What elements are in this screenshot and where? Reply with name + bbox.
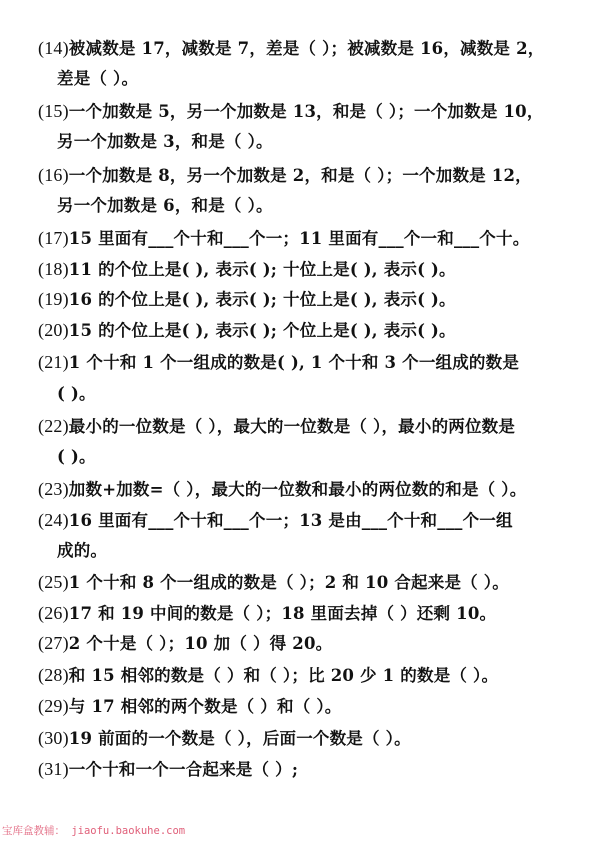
question-line: (17)15 里面有___个十和___个一；11 里面有___个一和___个十。 — [38, 228, 529, 249]
question-number: (18) — [38, 259, 69, 279]
worksheet-page: (14)被减数是 17，减数是 7，差是（ ）；被减数是 16，减数是 2，差是… — [0, 0, 596, 842]
question-continuation: 成的。 — [57, 541, 107, 561]
question-number: (16) — [38, 165, 69, 185]
question-number: (24) — [38, 510, 69, 530]
question-text: 17 和 19 中间的数是（ ）；18 里面去掉（ ）还剩 10。 — [69, 604, 496, 623]
question-number: (31) — [38, 759, 69, 779]
question-number: (27) — [38, 633, 69, 653]
question-line: (26)17 和 19 中间的数是（ ）；18 里面去掉（ ）还剩 10。 — [38, 603, 496, 624]
question-text: 19 前面的一个数是（ ），后面一个数是（ ）。 — [69, 729, 411, 748]
question-line: (14)被减数是 17，减数是 7，差是（ ）；被减数是 16，减数是 2， — [38, 38, 544, 59]
question-line: (31)一个十和一个一合起来是（ ）; — [38, 759, 298, 780]
question-text: ( )。 — [57, 447, 96, 466]
question-text: 2 个十是（ ）；10 加（ ）得 20。 — [69, 634, 333, 653]
question-number: (22) — [38, 416, 69, 436]
question-text: 被减数是 17，减数是 7，差是（ ）；被减数是 16，减数是 2， — [69, 39, 545, 58]
question-number: (29) — [38, 696, 69, 716]
question-line: (19)16 的个位上是( ), 表示( ); 十位上是( ), 表示( )。 — [38, 289, 456, 310]
question-number: (25) — [38, 572, 69, 592]
watermark: 宝库盒教辅： jiaofu.baokuhe.com — [2, 823, 185, 838]
question-text: 另一个加数是 6，和是（ ）。 — [57, 196, 273, 215]
question-continuation: ( )。 — [57, 447, 96, 467]
question-number: (23) — [38, 479, 69, 499]
question-line: (30)19 前面的一个数是（ ），后面一个数是（ ）。 — [38, 728, 411, 749]
question-line: (15)一个加数是 5，另一个加数是 13，和是（ ）；一个加数是 10， — [38, 101, 544, 122]
question-text: 16 里面有___个十和___个一；13 是由___个十和___个一组 — [69, 511, 513, 530]
question-number: (15) — [38, 101, 69, 121]
question-number: (28) — [38, 665, 69, 685]
question-line: (22)最小的一位数是（ ），最大的一位数是（ ），最小的两位数是 — [38, 416, 515, 437]
question-text: 11 的个位上是( ), 表示( ); 十位上是( ), 表示( )。 — [69, 260, 456, 279]
question-line: (23)加数+加数=（ ），最大的一位数和最小的两位数的和是（ ）。 — [38, 479, 526, 500]
question-text: 加数+加数=（ ），最大的一位数和最小的两位数的和是（ ）。 — [69, 480, 527, 499]
question-text: 15 的个位上是( ), 表示( ); 个位上是( ), 表示( )。 — [69, 321, 456, 340]
question-number: (26) — [38, 603, 69, 623]
question-number: (21) — [38, 352, 69, 372]
question-text: 另一个加数是 3，和是（ ）。 — [57, 132, 273, 151]
question-continuation: 另一个加数是 3，和是（ ）。 — [57, 132, 273, 152]
question-text: 成的。 — [57, 541, 107, 560]
question-text: 和 15 相邻的数是（ ）和（ ）；比 20 少 1 的数是（ ）。 — [69, 666, 498, 685]
question-line: (25)1 个十和 8 个一组成的数是（ ）；2 和 10 合起来是（ ）。 — [38, 572, 509, 593]
question-line: (29)与 17 相邻的两个数是（ ）和（ ）。 — [38, 696, 342, 717]
question-number: (14) — [38, 38, 69, 58]
question-number: (17) — [38, 228, 69, 248]
question-line: (20)15 的个位上是( ), 表示( ); 个位上是( ), 表示( )。 — [38, 320, 456, 341]
question-line: (21)1 个十和 1 个一组成的数是( ), 1 个十和 3 个一组成的数是 — [38, 352, 519, 373]
question-number: (20) — [38, 320, 69, 340]
question-text: 1 个十和 1 个一组成的数是( ), 1 个十和 3 个一组成的数是 — [69, 353, 519, 372]
question-line: (16)一个加数是 8，另一个加数是 2，和是（ ）；一个加数是 12， — [38, 165, 532, 186]
question-number: (30) — [38, 728, 69, 748]
question-continuation: ( )。 — [57, 384, 96, 404]
question-text: 15 里面有___个十和___个一；11 里面有___个一和___个十。 — [69, 229, 530, 248]
question-text: 一个加数是 8，另一个加数是 2，和是（ ）；一个加数是 12， — [69, 166, 532, 185]
question-text: 最小的一位数是（ ），最大的一位数是（ ），最小的两位数是 — [69, 417, 515, 436]
question-text: 与 17 相邻的两个数是（ ）和（ ）。 — [69, 697, 342, 716]
question-line: (27)2 个十是（ ）；10 加（ ）得 20。 — [38, 633, 332, 654]
question-line: (18)11 的个位上是( ), 表示( ); 十位上是( ), 表示( )。 — [38, 259, 456, 280]
question-text: 一个十和一个一合起来是（ ）; — [69, 760, 298, 779]
question-continuation: 差是（ ）。 — [57, 69, 138, 89]
question-line: (28)和 15 相邻的数是（ ）和（ ）；比 20 少 1 的数是（ ）。 — [38, 665, 498, 686]
question-number: (19) — [38, 289, 69, 309]
question-text: 1 个十和 8 个一组成的数是（ ）；2 和 10 合起来是（ ）。 — [69, 573, 509, 592]
question-continuation: 另一个加数是 6，和是（ ）。 — [57, 196, 273, 216]
question-text: 差是（ ）。 — [57, 69, 138, 88]
question-line: (24)16 里面有___个十和___个一；13 是由___个十和___个一组 — [38, 510, 513, 531]
question-text: 16 的个位上是( ), 表示( ); 十位上是( ), 表示( )。 — [69, 290, 456, 309]
question-text: 一个加数是 5，另一个加数是 13，和是（ ）；一个加数是 10， — [69, 102, 544, 121]
question-text: ( )。 — [57, 384, 96, 403]
